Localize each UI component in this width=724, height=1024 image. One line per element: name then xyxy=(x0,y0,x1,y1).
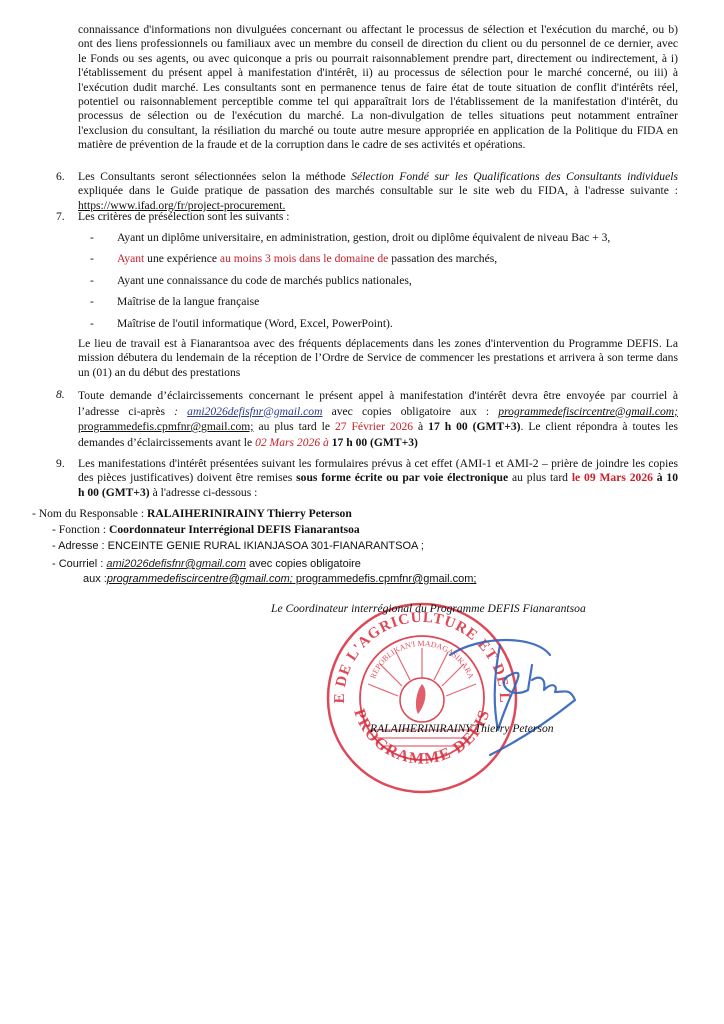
item-number-7: 7. xyxy=(56,210,65,223)
email-link-copy1[interactable]: programmedefiscircentre@gmail.com; xyxy=(498,405,678,418)
clarification-paragraph: Toute demande d’éclaircissements concern… xyxy=(78,388,678,450)
responsible-name: - Nom du Responsable : RALAIHERINIRAINY … xyxy=(32,507,352,521)
selection-method-paragraph: Les Consultants seront sélectionnées sel… xyxy=(78,170,678,213)
text-line: mission débutera du lendemain de la réce… xyxy=(78,351,678,365)
text-line: Le lieu de travail est à Fianarantsoa av… xyxy=(78,337,678,351)
text-line: l'établissement du présent appel à manif… xyxy=(78,66,678,80)
email-link[interactable]: ami2026defisfnr@gmail.com xyxy=(106,558,246,570)
signatory-name: RALAIHERINIRAINY Thierry Peterson xyxy=(370,722,554,735)
text-line: ont des liens professionnels ou familiau… xyxy=(78,37,678,51)
signatory-title: Le Coordinateur interrégional du Program… xyxy=(271,602,586,615)
bullet-dash: - xyxy=(90,231,94,245)
item-number-9: 9. xyxy=(56,457,65,470)
text-line: demandes d’éclaircissements avant le 02 … xyxy=(78,435,678,451)
submission-deadline: le 09 Mars 2026 xyxy=(572,471,653,484)
responsible-address: - Adresse : ENCEINTE GENIE RURAL IKIANJA… xyxy=(52,539,424,553)
text-line: h 00 (GMT+3) à l'adresse ci-dessous : xyxy=(78,486,678,500)
submission-paragraph: Les manifestations d'intérêt présentées … xyxy=(78,457,678,500)
item-number-8: 8. xyxy=(56,388,65,401)
text-line: un (01) an du début des prestations xyxy=(78,366,678,380)
bullet-dash: - xyxy=(90,252,94,266)
text-line: Toute demande d’éclaircissements concern… xyxy=(78,388,678,404)
text-line: Les critères de présélection sont les su… xyxy=(78,210,678,224)
text-line: expliquée dans le Guide pratique de pass… xyxy=(78,184,678,198)
criteria-intro: Les critères de présélection sont les su… xyxy=(78,210,678,224)
responsible-function: - Fonction : Coordonnateur Interrégional… xyxy=(52,523,360,537)
text-line: Les manifestations d'intérêt présentées … xyxy=(78,457,678,471)
text-line: potentiel ou raisonnablement perceptible… xyxy=(78,95,678,109)
deadline-date: 27 Février 2026 xyxy=(335,420,413,433)
text-line: l’adresse ci-après : ami2026defisfnr@gma… xyxy=(78,404,678,420)
responsible-email-copies: aux :programmedefiscircentre@gmail.com; … xyxy=(83,572,476,586)
text-line: Les Consultants seront sélectionnées sel… xyxy=(78,170,678,184)
text-line: l'exclusion du consultant, la résiliatio… xyxy=(78,124,678,138)
bullet-dash: - xyxy=(90,295,94,309)
email-link-copy1[interactable]: programmedefiscircentre@gmail.com; xyxy=(107,573,293,585)
workplace-paragraph: Le lieu de travail est à Fianarantsoa av… xyxy=(78,337,678,380)
bullet-dash: - xyxy=(90,274,94,288)
deadline-time: 17 h 00 (GMT+3) xyxy=(428,420,520,433)
text-line: matière de prévention de la fraude et de… xyxy=(78,138,678,152)
item-number-6: 6. xyxy=(56,170,65,183)
conflict-of-interest-paragraph: connaissance d'informations non divulgué… xyxy=(78,23,678,153)
text-line: processus de sélection ou de l'exécution… xyxy=(78,109,678,123)
text-line: connaissance d'informations non divulgué… xyxy=(78,23,678,37)
handwritten-signature xyxy=(440,630,580,760)
text-line: l'exécution dudit marché. Les consultant… xyxy=(78,81,678,95)
response-deadline-date: 02 Mars 2026 à xyxy=(255,436,329,449)
bullet-dash: - xyxy=(90,317,94,331)
email-link-copy2[interactable]: programmedefis.cpmfnr@gmail.com; xyxy=(293,573,477,585)
email-link-copy2[interactable]: programmedefis.cpmfnr@gmail.com; xyxy=(78,420,254,433)
selection-method: Sélection Fondé sur les Qualifications d… xyxy=(351,170,678,183)
email-link-main[interactable]: ami2026defisfnr@gmail.com xyxy=(187,405,322,418)
text-line: programmedefis.cpmfnr@gmail.com; au plus… xyxy=(78,419,678,435)
responsible-email: - Courriel : ami2026defisfnr@gmail.com a… xyxy=(52,557,361,571)
text-line: des pièces justificatives) doivent être … xyxy=(78,471,678,485)
text-line: le Fonds ou ses agents, ou avec quiconqu… xyxy=(78,52,678,66)
